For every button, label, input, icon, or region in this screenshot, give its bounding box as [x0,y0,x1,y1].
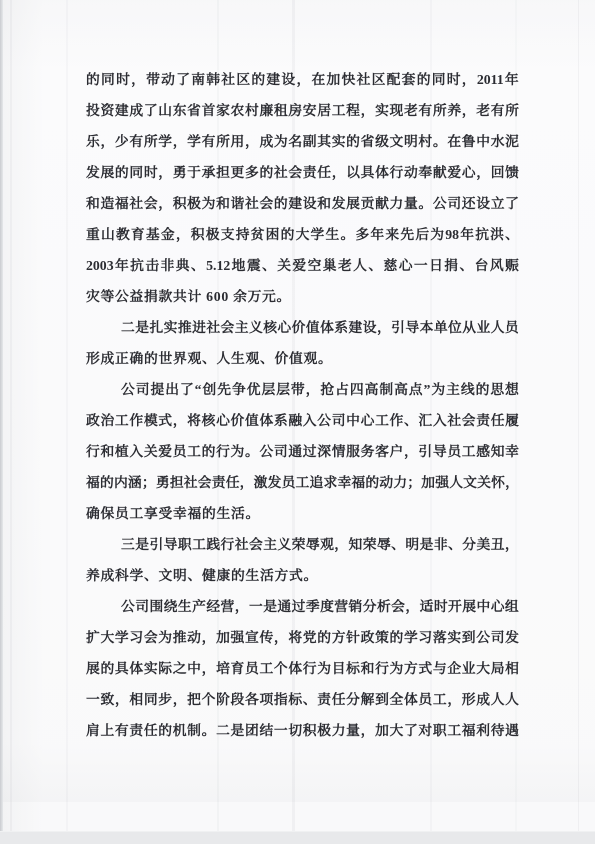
scan-streak [10,0,12,832]
text-line: 扩大学习会为推动，加强宣传，将党的方针政策的学习落实到公司发 [86,622,519,653]
scan-left-shadow [3,0,43,832]
text-line: 发展的同时，勇于承担更多的社会责任，以具体行动奉献爱心，回馈 [86,157,519,188]
text-line: 展的具体实际之中，培育员工个体行为目标和行为方式与企业大局相 [86,653,519,684]
text-line: 和造福社会，积极为和谐社会的建设和发展贡献力量。公司还设立了 [86,188,519,219]
scan-bottom-shadow [0,742,595,802]
text-line: 确保员工享受幸福的生活。 [86,498,519,529]
scanner-bed-band [0,831,595,844]
text-line: 乐，少有所学，学有所用，成为名副其实的省级文明村。在鲁中水泥 [86,126,519,157]
text-line: 政治工作模式，将核心价值体系融入公司中心工作、汇入社会责任履 [86,405,519,436]
text-line: 公司提出了“创先争优层层带，抢占四高制高点”为主线的思想 [86,374,519,405]
text-line: 的同时，带动了南韩社区的建设，在加快社区配套的同时，2011年 [86,64,519,95]
text-line: 福的内涵；勇担社会责任，激发员工追求幸福的动力；加强人文关怀， [86,467,519,498]
text-line: 肩上有责任的机制。二是团结一切积极力量，加大了对职工福利待遇 [86,715,519,746]
text-line: 灾等公益捐款共计 600 余万元。 [86,281,519,312]
text-line: 公司围绕生产经营，一是通过季度营销分析会，适时开展中心组 [86,591,519,622]
scan-streak [66,0,68,832]
scan-streak [578,0,579,832]
scanned-page: 的同时，带动了南韩社区的建设，在加快社区配套的同时，2011年 投资建成了山东省… [0,0,595,844]
text-line: 投资建成了山东省首家农村廉租房安居工程，实现老有所养，老有所 [86,95,519,126]
text-block: 的同时，带动了南韩社区的建设，在加快社区配套的同时，2011年 投资建成了山东省… [86,64,519,746]
scan-top-shadow [0,0,595,70]
text-line: 形成正确的世界观、人生观、价值观。 [86,343,519,374]
page-left-edge [0,0,3,832]
text-line: 2003年抗击非典、5.12地震、关爱空巢老人、慈心一日捐、台风赈 [86,250,519,281]
text-line: 行和植入关爱员工的行为。公司通过深情服务客户，引导员工感知幸 [86,436,519,467]
text-line: 一致，相同步，把个阶段各项指标、责任分解到全体员工，形成人人 [86,684,519,715]
text-line: 重山教育基金，积极支持贫困的大学生。多年来先后为98年抗洪、 [86,219,519,250]
text-line: 养成科学、文明、健康的生活方式。 [86,560,519,591]
text-line: 二是扎实推进社会主义核心价值体系建设，引导本单位从业人员 [86,312,519,343]
text-line: 三是引导职工践行社会主义荣辱观，知荣辱、明是非、分美丑， [86,529,519,560]
